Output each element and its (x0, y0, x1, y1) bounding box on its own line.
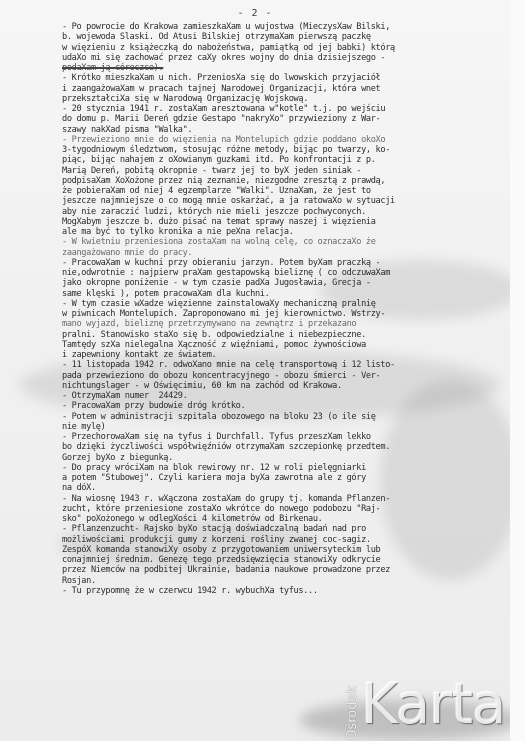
text-line: mano wyjazd, bieliznę przetrzymywano na … (62, 319, 506, 329)
text-line: - Tu przypomnę że w czerwcu 1942 r. wybu… (62, 586, 506, 596)
text-line: - OtrzymaXam numer 24429. (62, 391, 506, 401)
text-line: zucht, które przeniesione zostaXo wkrótc… (62, 504, 506, 514)
text-line: - Do pracy wróciXam na blok rewirowy nr.… (62, 463, 506, 473)
text-line: aby nie zaraczić ludzi, których nie miel… (62, 207, 506, 217)
text-line: same klęski ), potem pracowaXam dla kuch… (62, 289, 506, 299)
text-line: 3-tygodniowym śledztwom, stosując różne … (62, 145, 506, 155)
text-line: ale ma być to tylko kronika a nie peXna … (62, 227, 506, 237)
text-line: bo dzięki życzliwości współwięźniów otrz… (62, 442, 506, 452)
text-line: nie,odwrotnie : najpierw praXam gestapow… (62, 268, 506, 278)
text-line: jako okropne poniżenie - w tym czasie pa… (62, 278, 506, 288)
text-line: i zaangażowaXam w pracach tajnej Narodow… (62, 84, 506, 94)
text-line: jeszcze najmniejsze o co mogą mnie oskar… (62, 196, 506, 206)
text-line: Tamtędy szXa nielegalna Xączność z więźn… (62, 340, 506, 350)
text-line: zaangażowano mnie do pracy. (62, 248, 506, 258)
text-line: MogXabym jeszcze b. dużo pisać na temat … (62, 217, 506, 227)
text-line: - 11 listopada 1942 r. odwoXano mnie na … (62, 360, 506, 370)
text-line: - W tym czasie wXadze więzienne zainstal… (62, 299, 506, 309)
text-line: udaXo mi się zachować przez caXy okres w… (62, 53, 506, 63)
text-line: na dóX. (62, 483, 506, 493)
text-line: możliwościami produkcji gumy z korzeni r… (62, 535, 506, 545)
text-line: Gorzej byXo z biegunką. (62, 453, 506, 463)
text-line: - Krótko mieszkaXam u nich. PrzeniosXa s… (62, 73, 506, 83)
text-line: sko" poXożonego w odlegXości 4 kilometró… (62, 514, 506, 524)
text-line: Marią Dereń, pobitą okropnie - twarz jej… (62, 166, 506, 176)
text-line: - Przewieziono mnie do więzienia na Mont… (62, 135, 506, 145)
text-line: nichtungslager - w Oświęcimiu, 60 km na … (62, 381, 506, 391)
text-line: piąc, bijąc nahajem z oXowianym guzkami … (62, 155, 506, 165)
text-line: conajmniej średnim. Genezę tego przedsię… (62, 555, 506, 565)
text-line: pralni. Stanowisko staXo się b. odpowied… (62, 330, 506, 340)
watermark-small-text: Ośrodek (345, 686, 360, 740)
text-line: - Potem w administracji szpitala obozowe… (62, 412, 506, 422)
text-line: - W kwietniu przeniesiona zostaXam na wo… (62, 237, 506, 247)
typewritten-body: - Po powrocie do Krakowa zamieszkaXam u … (62, 22, 506, 596)
text-line: b. wojewoda Slaski. Od Atusi Bilskiej ot… (62, 32, 506, 42)
text-line: do domu p. Marii Dereń gdzie Gestapo "na… (62, 114, 506, 124)
text-line: pada przewieziono do obozu koncentracyjn… (62, 371, 506, 381)
text-line: że pobieraXam od niej 4 egzemplarze "Wal… (62, 186, 506, 196)
text-line: - PracowaXam przy budowie dróg krótko. (62, 401, 506, 411)
text-line: przez Niemców na podbitej Ukrainie, bada… (62, 565, 506, 575)
text-line: - Po powrocie do Krakowa zamieszkaXam u … (62, 22, 506, 32)
text-line: podaXam ją córeczce). (62, 63, 506, 73)
text-line: a potem "Stubowej". Czyli kariera moja b… (62, 473, 506, 483)
text-line: szawy nakXad pisma "Walka". (62, 125, 506, 135)
text-line: w więzieniu z książeczką do nabożeństwa,… (62, 43, 506, 53)
text-line: nie mylę) (62, 422, 506, 432)
text-line: - PracowaXam w kuchni przy obieraniu jar… (62, 258, 506, 268)
text-line: przekształciXa się w Narodową Organizacj… (62, 94, 506, 104)
text-line: - PrzechorowaXam się na tyfus i Durchfal… (62, 432, 506, 442)
text-line: podpisaXam XoXożone przez nią zeznanie, … (62, 176, 506, 186)
text-line: i zapewniony kontakt ze światem. (62, 350, 506, 360)
text-line: ZespóX komanda stanowiXy osoby z przygot… (62, 545, 506, 555)
scan-margin (510, 0, 525, 741)
text-line: - 20 stycznia 1941 r. zostaXam aresztowa… (62, 104, 506, 114)
document-page: - 2 - - Po powrocie do Krakowa zamieszka… (0, 0, 510, 741)
watermark-logo-text: Karta (361, 672, 505, 737)
text-line: - Na wiosnę 1943 r. wXączona zostaXam do… (62, 494, 506, 504)
karta-watermark: Ośrodek Karta (345, 682, 510, 740)
text-line: Rosjan. (62, 576, 506, 586)
text-line: w piwnicach Montelupich. Zaproponowano m… (62, 309, 506, 319)
page-number: - 2 - (0, 8, 510, 19)
text-line: - Pflanzenzucht- Rajsko byXo stacją dośw… (62, 524, 506, 534)
